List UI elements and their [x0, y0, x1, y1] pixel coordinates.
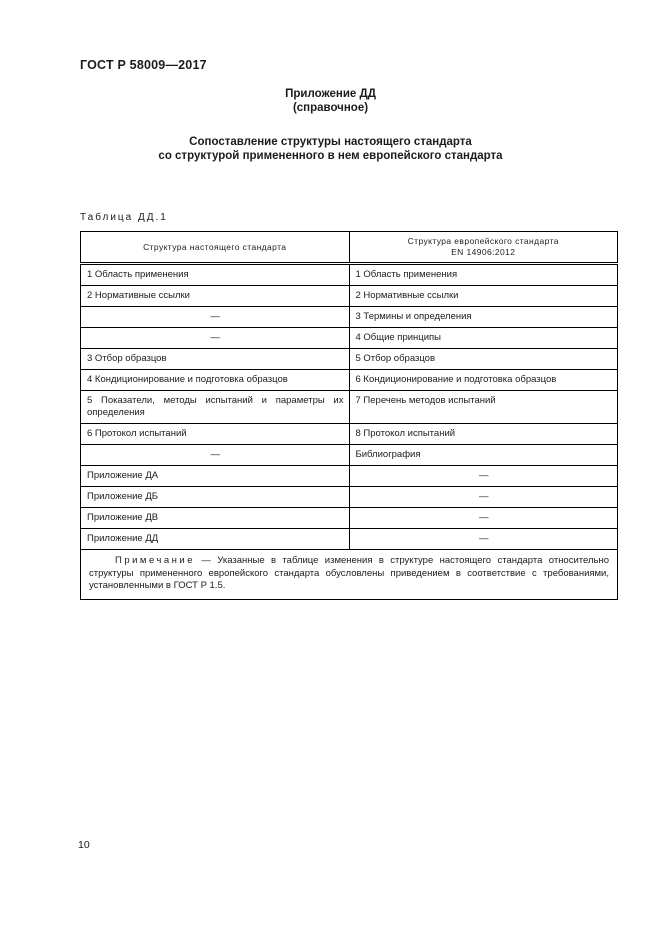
table-cell: 7 Перечень методов испытаний: [349, 391, 618, 424]
table-row: Приложение ДА—: [81, 466, 618, 487]
table-row: —3 Термины и определения: [81, 307, 618, 328]
table-cell-empty: —: [349, 466, 618, 487]
table-cell: Приложение ДВ: [81, 508, 350, 529]
heading-line-2: со структурой примененного в нем европей…: [0, 149, 661, 163]
table-cell: 8 Протокол испытаний: [349, 424, 618, 445]
table-row: 3 Отбор образцов5 Отбор образцов: [81, 349, 618, 370]
table-row: 4 Кондиционирование и подготовка образцо…: [81, 370, 618, 391]
table-cell: Приложение ДА: [81, 466, 350, 487]
column-header-left: Структура настоящего стандарта: [81, 232, 350, 264]
table-caption: Таблица ДД.1: [80, 212, 168, 223]
column-header-right-line1: Структура европейского стандарта: [356, 236, 612, 247]
doc-code: ГОСТ Р 58009—2017: [80, 58, 207, 72]
note-label: Примечание: [115, 555, 195, 566]
table-cell: 3 Термины и определения: [349, 307, 618, 328]
table-note-row: Примечание — Указанные в таблице изменен…: [81, 550, 618, 600]
table-cell: 2 Нормативные ссылки: [81, 286, 350, 307]
table-cell-empty: —: [81, 307, 350, 328]
table-cell-empty: —: [349, 529, 618, 550]
table-row: Приложение ДД—: [81, 529, 618, 550]
table-cell: 4 Общие принципы: [349, 328, 618, 349]
appendix-header: Приложение ДД (справочное): [0, 88, 661, 115]
table-row: 6 Протокол испытаний8 Протокол испытаний: [81, 424, 618, 445]
table-cell: 3 Отбор образцов: [81, 349, 350, 370]
table-row: Приложение ДВ—: [81, 508, 618, 529]
table-cell: 6 Протокол испытаний: [81, 424, 350, 445]
appendix-name: Приложение ДД: [0, 88, 661, 102]
section-heading: Сопоставление структуры настоящего станд…: [0, 135, 661, 163]
table-row: 1 Область применения1 Область применения: [81, 264, 618, 286]
table-cell: Библиография: [349, 445, 618, 466]
table-row: —Библиография: [81, 445, 618, 466]
note-dash: —: [201, 555, 211, 566]
comparison-table: Структура настоящего стандарта Структура…: [80, 231, 618, 600]
table-cell: 6 Кондиционирование и подготовка образцо…: [349, 370, 618, 391]
table-cell: Приложение ДД: [81, 529, 350, 550]
appendix-type: (справочное): [0, 102, 661, 116]
table-cell: 2 Нормативные ссылки: [349, 286, 618, 307]
table-cell: 1 Область применения: [81, 264, 350, 286]
table-row: 5 Показатели, методы испытаний и парамет…: [81, 391, 618, 424]
column-header-right: Структура европейского стандарта EN 1490…: [349, 232, 618, 264]
table-row: 2 Нормативные ссылки2 Нормативные ссылки: [81, 286, 618, 307]
table-cell-empty: —: [349, 508, 618, 529]
table-header-row: Структура настоящего стандарта Структура…: [81, 232, 618, 264]
table-cell: 5 Отбор образцов: [349, 349, 618, 370]
table-note: Примечание — Указанные в таблице изменен…: [81, 550, 618, 600]
table-cell: 5 Показатели, методы испытаний и парамет…: [81, 391, 350, 424]
column-header-right-line2: EN 14906:2012: [356, 247, 612, 258]
table-cell: Приложение ДБ: [81, 487, 350, 508]
heading-line-1: Сопоставление структуры настоящего станд…: [0, 135, 661, 149]
table-cell: 1 Область применения: [349, 264, 618, 286]
table-row: Приложение ДБ—: [81, 487, 618, 508]
table-row: —4 Общие принципы: [81, 328, 618, 349]
table-cell-empty: —: [81, 328, 350, 349]
document-page: ГОСТ Р 58009—2017 Приложение ДД (справоч…: [0, 0, 661, 935]
table-cell: 4 Кондиционирование и подготовка образцо…: [81, 370, 350, 391]
table-cell-empty: —: [349, 487, 618, 508]
table-cell-empty: —: [81, 445, 350, 466]
page-number: 10: [78, 839, 90, 851]
